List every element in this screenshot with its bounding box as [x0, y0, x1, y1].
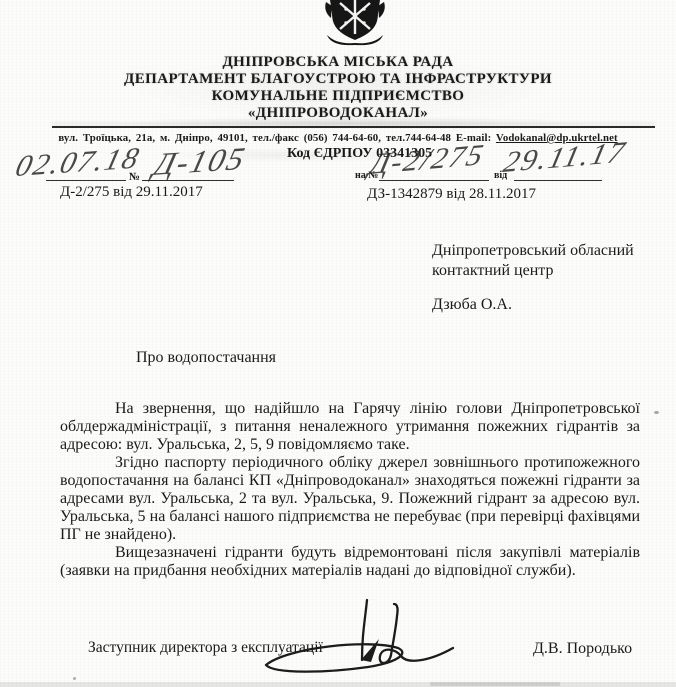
handwritten-outgoing-number: Д-105: [150, 140, 250, 183]
letterhead: ДНІПРОВСЬКА МІСЬКА РАДА ДЕПАРТАМЕНТ БЛАГ…: [0, 54, 676, 122]
scanned-letter-page: ДНІПРОВСЬКА МІСЬКА РАДА ДЕПАРТАМЕНТ БЛАГ…: [0, 0, 676, 687]
org-line-council: ДНІПРОВСЬКА МІСЬКА РАДА: [0, 54, 676, 71]
letterhead-divider: [52, 126, 655, 128]
scan-speck: [73, 677, 76, 680]
incoming-number-blank-line: [379, 180, 489, 181]
subject-line: Про водопостачання: [136, 349, 276, 367]
scan-edge-band: [0, 682, 676, 687]
org-line-company: «ДНІПРОВОДОКАНАЛ»: [0, 105, 676, 122]
scan-speck: [654, 411, 659, 414]
recipient-person: Дзюба О.А.: [432, 296, 512, 314]
org-line-enterprise: КОМУНАЛЬНЕ ПІДПРИЄМСТВО: [0, 88, 676, 105]
scan-edge-smudge: [430, 682, 560, 686]
coat-of-arms-icon: [320, 0, 390, 46]
recipient-org-line1: Дніпропетровський обласний: [432, 241, 634, 261]
signer-name: Д.В. Породько: [533, 640, 632, 658]
letter-body: На звернення, що надійшло на Гарячу ліні…: [60, 400, 640, 580]
handwritten-outgoing-date: 02.07.18: [12, 142, 144, 184]
outgoing-reference-printed: Д-2/275 від 29.11.2017: [60, 184, 203, 201]
recipient-org-line2: контактний центр: [432, 261, 634, 281]
org-line-department: ДЕПАРТАМЕНТ БЛАГОУСТРОЮ ТА ІНФРАСТРУКТУР…: [0, 71, 676, 88]
recipient-block: Дніпропетровський обласний контактний це…: [432, 241, 634, 281]
incoming-date-blank-line: [514, 180, 602, 181]
incoming-reference-printed: ДЗ-1342879 від 28.11.2017: [367, 186, 536, 203]
handwritten-signature-icon: [248, 570, 463, 675]
paragraph-appeal: На звернення, що надійшло на Гарячу ліні…: [60, 400, 640, 454]
paragraph-hydrants-status: Згідно паспорту періодичного обліку джер…: [60, 454, 640, 544]
